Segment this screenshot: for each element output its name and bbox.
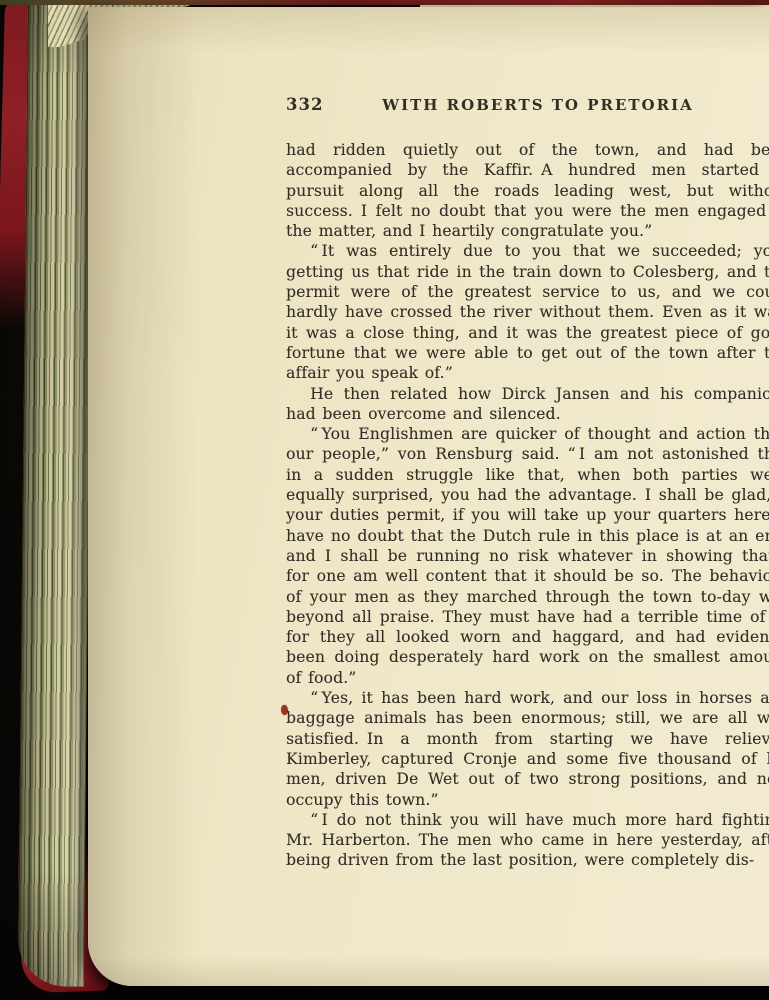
paragraph: “ You Englishmen are quicker of thought … — [286, 424, 769, 688]
book-page: 332 WITH ROBERTS TO PRETORIA had ridden … — [88, 7, 769, 986]
paragraph: “ It was entirely due to you that we suc… — [286, 241, 769, 383]
page-stack-fore-edge — [18, 0, 94, 987]
page-header: 332 WITH ROBERTS TO PRETORIA — [286, 95, 769, 117]
paragraph: had ridden quietly out of the town, and … — [286, 140, 769, 241]
body-text: had ridden quietly out of the town, and … — [286, 140, 769, 871]
printed-text-block: 332 WITH ROBERTS TO PRETORIA had ridden … — [286, 95, 769, 871]
paragraph: “ I do not think you will have much more… — [286, 810, 769, 871]
paragraph: He then related how Dirck Jansen and his… — [286, 384, 769, 425]
book-photo-scene: 332 WITH ROBERTS TO PRETORIA had ridden … — [0, 0, 769, 1000]
running-header: WITH ROBERTS TO PRETORIA — [286, 95, 769, 114]
page-number: 332 — [286, 95, 323, 114]
cover-top-edge-strip — [0, 0, 769, 5]
paragraph: “ Yes, it has been hard work, and our lo… — [286, 688, 769, 810]
